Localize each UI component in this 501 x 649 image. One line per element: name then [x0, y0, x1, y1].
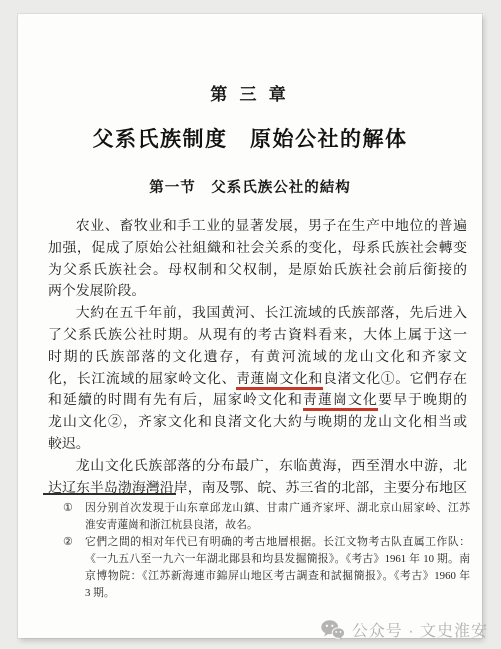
text-segment: 因分别首次发現于山东章邱龙山鎮、甘肃广通齐家坪、湖北京山屈家岭、江苏	[85, 502, 470, 514]
text-line: 加强，促成了原始公社組織和社会关系的变化，母系氏族社会轉变	[48, 238, 467, 260]
text-line: 因分别首次发現于山东章邱龙山鎮、甘肃广通齐家坪、湖北京山屈家岭、江苏	[85, 500, 470, 517]
body-text: 农业、畜牧业和手工业的显著发展，男子在生产中地位的普遍加强，促成了原始公社組織和…	[48, 216, 467, 499]
chapter-heading: 第 三 章	[33, 84, 467, 106]
text-line: 化，长江流域的屈家岭文化、靑蓮崗文化和良渚文化①。它們存在	[48, 369, 467, 391]
text-segment: 农业、畜牧业和手工业的显著发展，男子在生产中地位的普遍	[76, 219, 467, 234]
wechat-icon	[321, 620, 345, 640]
text-line: 农业、畜牧业和手工业的显著发展，男子在生产中地位的普遍	[48, 216, 467, 238]
text-segment: 3 期。	[85, 587, 115, 599]
text-line: 《一九五八至一九六一年湖北鄖县和均县发掘簡报》。《考古》1961 年 10 期。…	[85, 551, 470, 568]
screenshot-root: { "page": { "chapter": "第 三 章", "title":…	[0, 0, 501, 649]
text-line: 大約在五千年前，我国黄河、长江流域的氏族部落，先后进入	[48, 303, 467, 325]
text-segment: 化，长江流域的屈家岭文化、	[48, 372, 236, 387]
footnote-text: 它們之間的相对年代已有明确的考古地層根据。长江文物考古队直属工作队：《一九五八至…	[85, 534, 484, 602]
text-segment: 良渚文化①。它們存在	[323, 372, 467, 387]
footnotes: ①因分别首次发現于山东章邱龙山鎮、甘肃广通齐家坪、湖北京山屈家岭、江苏淮安靑蓮崗…	[63, 500, 484, 602]
text-line: 淮安靑蓮崗和浙江杭县良渚，故名。	[85, 517, 470, 534]
watermark-label: 公众号 · 文史淮安	[352, 618, 488, 641]
highlighted-term: 靑蓮崗文化	[303, 393, 378, 411]
footnote-text: 因分别首次发現于山东章邱龙山鎮、甘肃广通齐家坪、湖北京山屈家岭、江苏淮安靑蓮崗和…	[85, 500, 484, 534]
text-line: 3 期。	[85, 585, 470, 602]
text-line: 为父系氏族社会。母权制和父权制，是原始氏族社会前后銜接的	[48, 260, 467, 282]
footnote: ②它們之間的相对年代已有明确的考古地層根据。长江文物考古队直属工作队：《一九五八…	[63, 534, 484, 602]
paragraph: 大約在五千年前，我国黄河、长江流域的氏族部落，先后进入了父系氏族公社时期。从現有…	[48, 303, 467, 456]
highlighted-term: 靑蓮崗文化和	[236, 372, 323, 390]
paragraph: 龙山文化氏族部落的分布最广，东临黄海，西至渭水中游，北达辽东半岛渤海灣沿岸，南及…	[48, 456, 467, 500]
text-line: 它們之間的相对年代已有明确的考古地層根据。长江文物考古队直属工作队：	[85, 534, 470, 551]
text-segment: 要早于晚期的	[378, 393, 467, 408]
text-segment: 为父系氏族社会。母权制和父权制，是原始氏族社会前后銜接的	[48, 263, 467, 278]
text-segment: 了父系氏族公社时期。从現有的考古資料看来，大体上属于这一	[48, 328, 467, 343]
text-line: 龙山文化氏族部落的分布最广，东临黄海，西至渭水中游，北	[48, 456, 467, 478]
text-line: 达辽东半岛渤海灣沿岸，南及鄂、皖、苏三省的北部，主要分布地区	[48, 478, 467, 500]
text-segment: 加强，促成了原始公社組織和社会关系的变化，母系氏族社会轉变	[48, 241, 467, 256]
text-line: 龙山文化②，齐家文化和良渚文化大約与晚期的龙山文化相当或	[48, 412, 467, 434]
text-segment: 它們之間的相对年代已有明确的考古地層根据。长江文物考古队直属工作队：	[85, 536, 470, 548]
paragraph: 农业、畜牧业和手工业的显著发展，男子在生产中地位的普遍加强，促成了原始公社組織和…	[48, 216, 467, 303]
text-segment: 两个发展阶段。	[48, 284, 145, 299]
text-segment: 龙山文化氏族部落的分布最广，东临黄海，西至渭水中游，北	[76, 459, 467, 474]
text-segment: 京博物院：《江苏新海連市錦屏山地区考古調查和試掘簡报》。《考古》1960 年	[85, 570, 470, 582]
footnote-marker: ②	[63, 534, 85, 602]
text-line: 京博物院：《江苏新海連市錦屏山地区考古調查和試掘簡报》。《考古》1960 年	[85, 568, 470, 585]
section-heading: 第一节 父系氏族公社的結构	[33, 178, 467, 198]
text-segment: 达辽东半岛渤海灣沿岸，南及鄂、皖、苏三省的北部，主要分布地区	[48, 481, 467, 496]
text-line: 較迟。	[48, 434, 467, 456]
text-segment: 和延續的时間有先有后，屈家岭文化和	[48, 393, 303, 408]
text-segment: 較迟。	[48, 437, 90, 452]
book-page: 第 三 章 父系氏族制度 原始公社的解体 第一节 父系氏族公社的結构 农业、畜牧…	[18, 14, 482, 638]
text-segment: 淮安靑蓮崗和浙江杭县良渚，故名。	[85, 519, 258, 531]
text-segment: 时期的氏族部落的文化遺存，有黄河流域的龙山文化和齐家文	[48, 350, 467, 365]
text-line: 时期的氏族部落的文化遺存，有黄河流域的龙山文化和齐家文	[48, 347, 467, 369]
footnote-marker: ①	[63, 500, 85, 534]
footnote: ①因分别首次发現于山东章邱龙山鎮、甘肃广通齐家坪、湖北京山屈家岭、江苏淮安靑蓮崗…	[63, 500, 484, 534]
text-segment: 《一九五八至一九六一年湖北鄖县和均县发掘簡报》。《考古》1961 年 10 期。…	[85, 553, 470, 565]
page-title: 父系氏族制度 原始公社的解体	[33, 124, 467, 154]
text-line: 了父系氏族公社时期。从現有的考古資料看来，大体上属于这一	[48, 325, 467, 347]
text-line: 两个发展阶段。	[48, 281, 467, 303]
text-line: 和延續的时間有先有后，屈家岭文化和靑蓮崗文化要早于晚期的	[48, 390, 467, 412]
text-segment: 龙山文化②，齐家文化和良渚文化大約与晚期的龙山文化相当或	[48, 415, 467, 430]
watermark: 公众号 · 文史淮安	[321, 618, 488, 641]
text-segment: 大約在五千年前，我国黄河、长江流域的氏族部落，先后进入	[76, 306, 467, 321]
